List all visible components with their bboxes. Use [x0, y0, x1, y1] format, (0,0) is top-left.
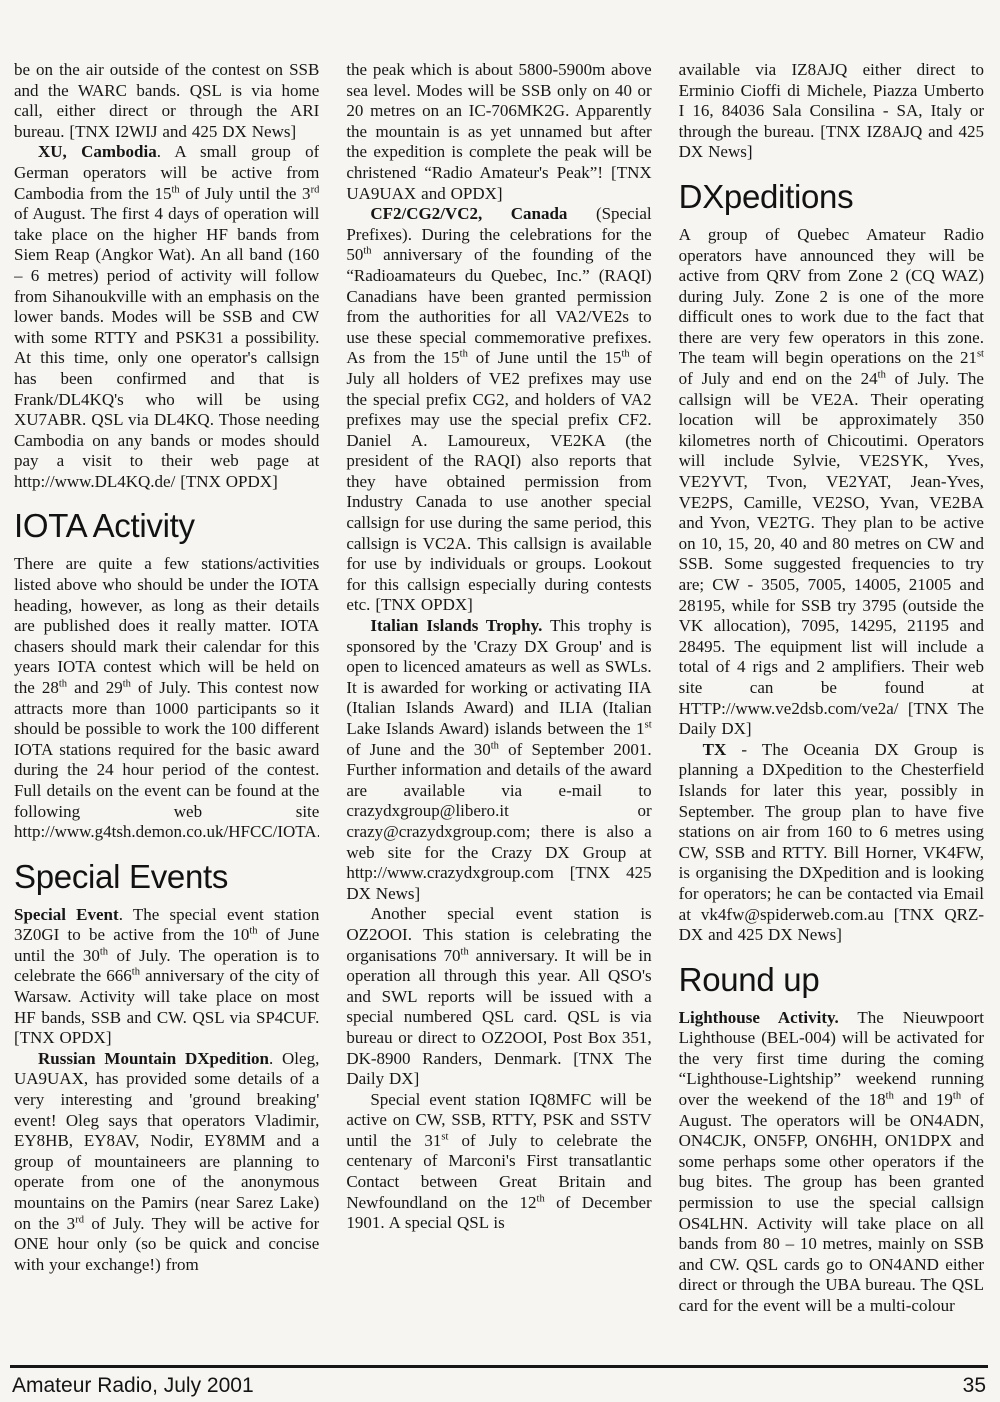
body-paragraph: Another special event station is OZ2OOI.… — [346, 904, 651, 1089]
footer-page-number: 35 — [963, 1374, 986, 1398]
column-1: be on the air outside of the contest on … — [14, 60, 319, 1358]
section-heading: IOTA Activity — [14, 507, 319, 545]
body-paragraph: CF2/CG2/VC2, Canada (Special Prefixes). … — [346, 204, 651, 616]
body-paragraph: A group of Quebec Amateur Radio operator… — [679, 225, 984, 740]
column-3: available via IZ8AJQ either direct to Er… — [679, 60, 984, 1358]
page-footer: Amateur Radio, July 2001 35 — [12, 1374, 986, 1398]
magazine-page: be on the air outside of the contest on … — [0, 0, 1000, 1402]
body-paragraph: Special Event. The special event station… — [14, 905, 319, 1049]
body-paragraph: available via IZ8AJQ either direct to Er… — [679, 60, 984, 163]
footer-journal-title: Amateur Radio, July 2001 — [12, 1374, 254, 1398]
body-paragraph: XU, Cambodia. A small group of German op… — [14, 142, 319, 492]
body-paragraph: There are quite a few stations/activitie… — [14, 554, 319, 842]
column-2: the peak which is about 5800-5900m above… — [346, 60, 651, 1358]
body-paragraph: the peak which is about 5800-5900m above… — [346, 60, 651, 204]
footer-rule — [10, 1365, 988, 1368]
body-paragraph: TX - The Oceania DX Group is planning a … — [679, 740, 984, 946]
body-paragraph: Italian Islands Trophy. This trophy is s… — [346, 616, 651, 904]
columns-container: be on the air outside of the contest on … — [14, 60, 984, 1358]
body-paragraph: be on the air outside of the contest on … — [14, 60, 319, 142]
section-heading: Round up — [679, 961, 984, 999]
body-paragraph: Special event station IQ8MFC will be act… — [346, 1090, 651, 1234]
body-paragraph: Russian Mountain DXpedition. Oleg, UA9UA… — [14, 1049, 319, 1276]
section-heading: Special Events — [14, 858, 319, 896]
body-paragraph: Lighthouse Activity. The Nieuwpoort Ligh… — [679, 1008, 984, 1317]
section-heading: DXpeditions — [679, 178, 984, 216]
